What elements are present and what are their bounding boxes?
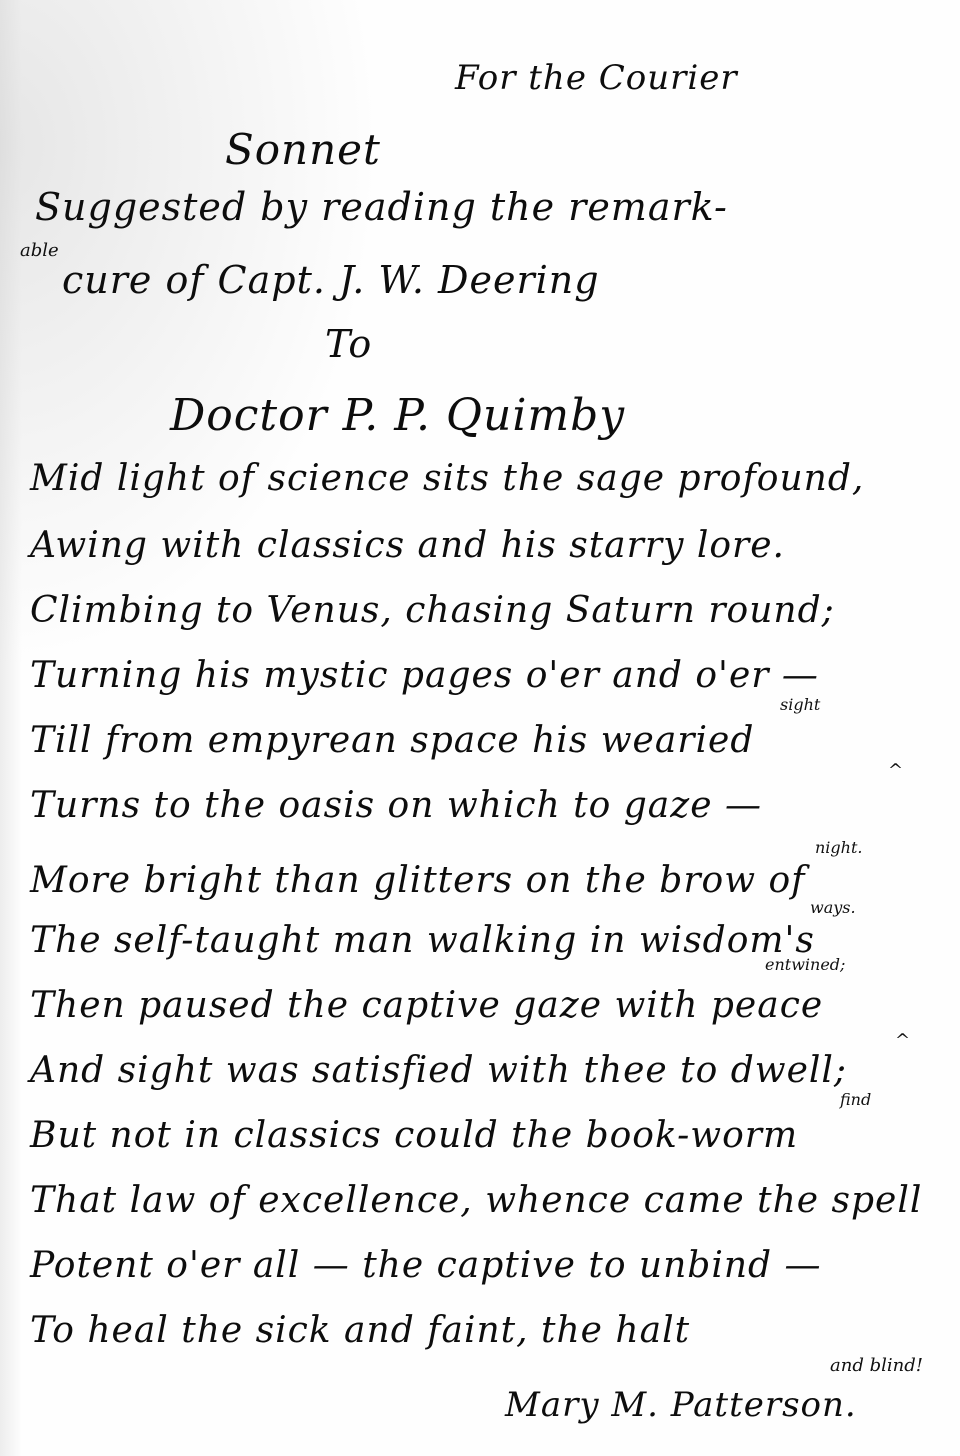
signature: Mary M. Patterson. xyxy=(505,1385,857,1425)
verse-line-12: That law of excellence, whence came the … xyxy=(30,1180,922,1221)
subtitle-line-1: Suggested by reading the remark- xyxy=(35,185,728,229)
caret-mark: ^ xyxy=(895,1030,910,1051)
insert-find: find xyxy=(840,1090,871,1109)
dedication-to: To xyxy=(325,322,372,366)
verse-line-13: Potent o'er all — the captive to unbind … xyxy=(30,1245,822,1286)
verse-line-3: Climbing to Venus, chasing Saturn round; xyxy=(30,590,835,631)
dedicatee-name: Doctor P. P. Quimby xyxy=(170,390,625,441)
verse-line-8: The self-taught man walking in wisdom's xyxy=(30,920,815,961)
header-note: For the Courier xyxy=(455,58,738,98)
verse-line-2: Awing with classics and his starry lore. xyxy=(30,525,785,566)
insert-sight: sight xyxy=(780,695,820,714)
verse-line-14: To heal the sick and faint, the halt xyxy=(30,1310,690,1351)
caret-mark: ^ xyxy=(888,760,903,781)
sonnet-title: Sonnet xyxy=(225,125,381,174)
verse-line-9: Then paused the captive gaze with peace xyxy=(30,985,823,1026)
verse-line-11: But not in classics could the book-worm xyxy=(30,1115,798,1156)
verse-line-7: More bright than glitters on the brow of xyxy=(30,860,805,901)
line-14-continuation: and blind! xyxy=(830,1355,923,1376)
verse-line-6: Turns to the oasis on which to gaze — xyxy=(30,785,762,826)
subtitle-line-2: cure of Capt. J. W. Deering xyxy=(62,258,600,302)
insert-night: night. xyxy=(815,838,862,857)
verse-line-1: Mid light of science sits the sage profo… xyxy=(30,458,864,499)
insert-entwined: entwined; xyxy=(765,955,845,974)
verse-line-10: And sight was satisfied with thee to dwe… xyxy=(30,1050,847,1091)
verse-line-5: Till from empyrean space his wearied xyxy=(30,720,754,761)
verse-line-4: Turning his mystic pages o'er and o'er — xyxy=(30,655,819,696)
insert-ways: ways. xyxy=(810,898,856,917)
subtitle-margin-insert: able xyxy=(20,240,59,261)
